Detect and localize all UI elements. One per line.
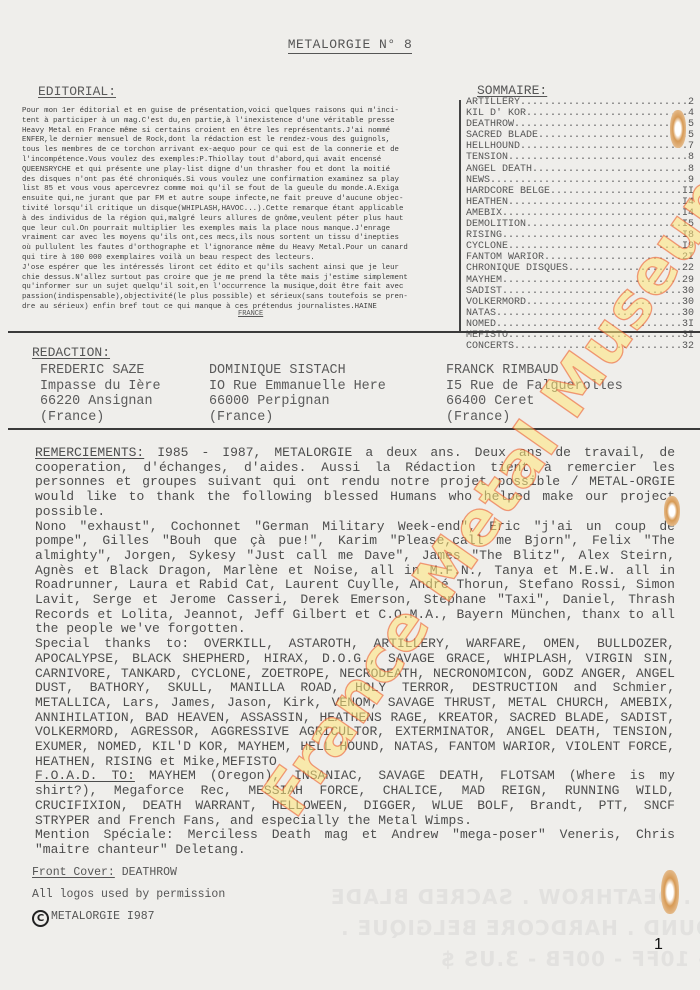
toc-entry: SADIST30 [466, 286, 694, 297]
toc-page: I8 [682, 230, 694, 241]
toc-title: HEATHEN [466, 197, 508, 208]
toc-leader-dots [568, 263, 682, 274]
toc-title: DEMOLITION [466, 219, 526, 230]
editorial-signature: FRANCE [238, 310, 263, 318]
toc-page: 2I [682, 252, 694, 263]
toc-entry: CHRONIQUE DISQUES22 [466, 263, 694, 274]
toc-page: 4 [688, 108, 694, 119]
editorial-heading: EDITORIAL: [38, 84, 116, 99]
logos-note: All logos used by permission [32, 884, 225, 906]
toc-leader-dots [502, 286, 682, 297]
toc-entry: KIL D' KOR4 [466, 108, 694, 119]
toc-page: 5 [688, 119, 694, 130]
toc-entry: FANTOM WARIOR2I [466, 252, 694, 263]
fanzine-page: ARTILLERY. MEFISTO . RISING . DEATHROW .… [0, 0, 700, 990]
editor-city: 66000 Perpignan [209, 394, 386, 410]
toc-page: 32 [682, 341, 694, 352]
toc-entry: DEMOLITIONI5 [466, 219, 694, 230]
thanks-intro: REMERCIEMENTS: I985 - I987, METALORGIE a… [35, 446, 675, 520]
editor-name: FREDERIC SAZE [40, 363, 161, 379]
toc-page: 7 [688, 141, 694, 152]
editor-address: FREDERIC SAZEImpasse du Ière66220 Ansign… [40, 363, 161, 425]
toc-title: SADIST [466, 286, 502, 297]
toc-page: II [682, 186, 694, 197]
toc-leader-dots [502, 275, 682, 286]
toc-page: 30 [682, 297, 694, 308]
toc-title: CONCERTS [466, 341, 514, 352]
toc-leader-dots [550, 186, 682, 197]
toc-entry: DEATHROW5 [466, 119, 694, 130]
editor-country: (France) [40, 410, 161, 426]
toc-entry: HARDCORE BELGEII [466, 186, 694, 197]
thanks-people: Nono "exhaust", Cochonnet "German Milita… [35, 520, 675, 638]
editor-country: (France) [209, 410, 386, 426]
toc-page: 5 [688, 130, 694, 141]
toc-leader-dots [508, 197, 682, 208]
toc-entry: TENSION8 [466, 152, 694, 163]
toc-title: NEWS [466, 175, 490, 186]
table-of-contents: ARTILLERY2KIL D' KOR4DEATHROW5SACRED BLA… [466, 97, 694, 352]
toc-leader-dots [532, 164, 688, 175]
toc-title: NOMED [466, 319, 496, 330]
toc-page: 30 [682, 308, 694, 319]
toc-entry: MAYHEM29 [466, 275, 694, 286]
toc-page: 3I [682, 319, 694, 330]
toc-title: NATAS [466, 308, 496, 319]
copyright-line: CMETALORGIE I987 [32, 906, 225, 928]
toc-page: 9 [688, 175, 694, 186]
toc-title: HELLHOUND [466, 141, 520, 152]
toc-entry: VOLKERMORD30 [466, 297, 694, 308]
sommaire-heading: SOMMAIRE: [477, 83, 547, 98]
toc-leader-dots [514, 341, 682, 352]
page-title: METALORGIE N° 8 [0, 37, 700, 52]
editorial-text: Pour mon 1er éditorial et en guise de pr… [22, 107, 458, 313]
editor-street: Impasse du Ière [40, 379, 161, 395]
toc-entry: RISINGI8 [466, 230, 694, 241]
editor-name: DOMINIQUE SISTACH [209, 363, 386, 379]
page-number: 1 [654, 936, 663, 954]
toc-leader-dots [538, 130, 688, 141]
toc-entry: HEATHENI4 [466, 197, 694, 208]
section-divider [8, 331, 700, 333]
thanks-section: REMERCIEMENTS: I985 - I987, METALORGIE a… [35, 446, 675, 858]
toc-entry: ARTILLERY2 [466, 97, 694, 108]
special-mention: Mention Spéciale: Merciless Death mag et… [35, 828, 675, 857]
toc-entry: ANGEL DEATH8 [466, 164, 694, 175]
toc-title: ARTILLERY [466, 97, 520, 108]
binding-stain [670, 110, 686, 148]
toc-title: KIL D' KOR [466, 108, 526, 119]
special-thanks: Special thanks to: OVERKILL, ASTAROTH, A… [35, 637, 675, 769]
toc-entry: SACRED BLADE5 [466, 130, 694, 141]
column-divider [459, 100, 461, 332]
toc-leader-dots [520, 141, 688, 152]
toc-page: I4 [682, 208, 694, 219]
toc-title: DEATHROW [466, 119, 514, 130]
toc-title: CHRONIQUE DISQUES [466, 263, 568, 274]
toc-leader-dots [544, 252, 682, 263]
toc-entry: HELLHOUND7 [466, 141, 694, 152]
bleed-through-line: ARTILLERY. MEFISTO . RISING . DEATHROW .… [330, 885, 700, 909]
toc-title: SACRED BLADE [466, 130, 538, 141]
toc-leader-dots [502, 230, 682, 241]
toc-entry: NOMED3I [466, 319, 694, 330]
toc-leader-dots [526, 219, 682, 230]
binding-stain [664, 496, 680, 526]
editor-city: 66220 Ansignan [40, 394, 161, 410]
toc-leader-dots [490, 175, 688, 186]
toc-title: CYCLONE [466, 241, 508, 252]
toc-entry: NATAS30 [466, 308, 694, 319]
toc-leader-dots [526, 297, 682, 308]
toc-title: AMEBIX [466, 208, 502, 219]
redaction-heading: REDACTION: [32, 345, 110, 360]
toc-leader-dots [496, 319, 682, 330]
toc-leader-dots [508, 152, 688, 163]
toc-page: 2 [688, 97, 694, 108]
editor-country: (France) [446, 410, 623, 426]
toc-leader-dots [508, 241, 682, 252]
toc-page: 8 [688, 164, 694, 175]
editor-address: DOMINIQUE SISTACHIO Rue Emmanuelle Here6… [209, 363, 386, 425]
editor-city: 66400 Ceret [446, 394, 623, 410]
binding-stain [661, 870, 679, 914]
toc-title: MAYHEM [466, 275, 502, 286]
toc-entry: NEWS9 [466, 175, 694, 186]
credits-footer: Front Cover: DEATHROW All logos used by … [32, 862, 225, 928]
bleed-through-line: CYCLONE . KIL'D KOR . HELLHOUND . HARDCO… [340, 916, 700, 940]
foad-list: F.O.A.D. TO: MAYHEM (Oregon), INSANIAC, … [35, 769, 675, 828]
toc-leader-dots [496, 308, 682, 319]
toc-page: I9 [682, 241, 694, 252]
toc-leader-dots [526, 108, 688, 119]
toc-title: VOLKERMORD [466, 297, 526, 308]
copyright-icon: C [32, 910, 49, 927]
toc-title: HARDCORE BELGE [466, 186, 550, 197]
toc-entry: CYCLONEI9 [466, 241, 694, 252]
toc-page: 22 [682, 263, 694, 274]
toc-leader-dots [520, 97, 688, 108]
toc-page: 30 [682, 286, 694, 297]
toc-leader-dots [514, 119, 688, 130]
editor-street: I5 Rue de Falguerolles [446, 379, 623, 395]
toc-page: I4 [682, 197, 694, 208]
toc-page: 29 [682, 275, 694, 286]
toc-entry: CONCERTS32 [466, 341, 694, 352]
toc-title: RISING [466, 230, 502, 241]
editor-street: IO Rue Emmanuelle Here [209, 379, 386, 395]
toc-page: I5 [682, 219, 694, 230]
section-divider [8, 428, 700, 430]
editor-name: FRANCK RIMBAUD [446, 363, 623, 379]
toc-entry: AMEBIXI4 [466, 208, 694, 219]
toc-title: ANGEL DEATH [466, 164, 532, 175]
toc-leader-dots [502, 208, 682, 219]
toc-title: FANTOM WARIOR [466, 252, 544, 263]
toc-title: TENSION [466, 152, 508, 163]
toc-page: 8 [688, 152, 694, 163]
editor-address: FRANCK RIMBAUDI5 Rue de Falguerolles6640… [446, 363, 623, 425]
front-cover-credit: Front Cover: DEATHROW [32, 862, 225, 884]
